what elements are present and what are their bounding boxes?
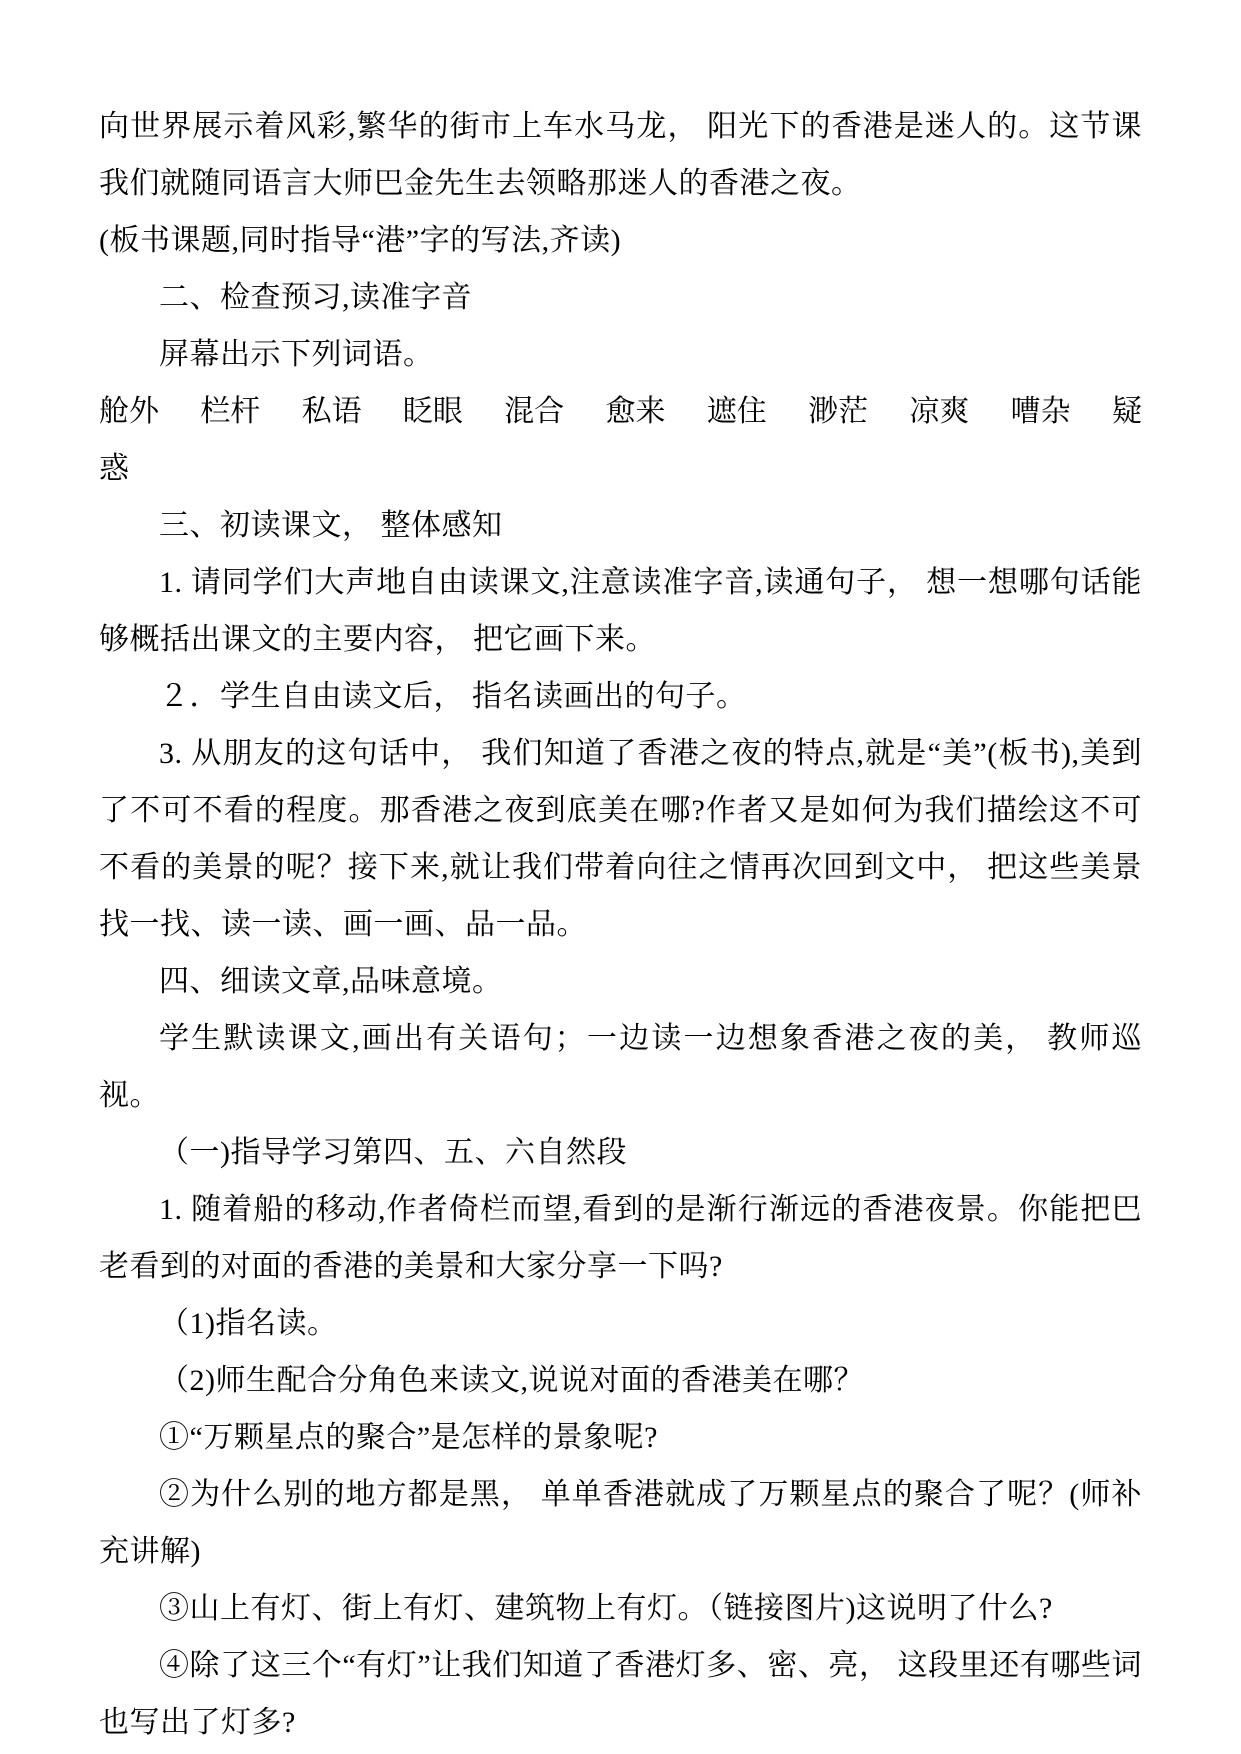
word-item: 遮住 (707, 383, 767, 440)
word-item: 疑 (1112, 383, 1142, 440)
word-item: 栏杆 (200, 383, 260, 440)
paragraph: 向世界展示着风彩,繁华的街市上车水马龙， 阳光下的香港是迷人的。这节课我们就随同… (99, 98, 1142, 212)
document-body: 向世界展示着风彩,繁华的街市上车水马龙， 阳光下的香港是迷人的。这节课我们就随同… (99, 98, 1142, 1751)
paragraph: （一)指导学习第四、五、六自然段 (99, 1124, 1142, 1181)
word-item: 嘈杂 (1011, 383, 1071, 440)
paragraph: 学生默读课文,画出有关语句；一边读一边想象香港之夜的美， 教师巡视。 (99, 1010, 1142, 1124)
paragraph: （2)师生配合分角色来读文,说说对面的香港美在哪？ (99, 1352, 1142, 1409)
paragraph: 1. 请同学们大声地自由读课文,注意读准字音,读通句子， 想一想哪句话能够概括出… (99, 554, 1142, 668)
paragraph: 1. 随着船的移动,作者倚栏而望,看到的是渐行渐远的香港夜景。你能把巴老看到的对… (99, 1181, 1142, 1295)
page: { "document": { "type": "lesson-plan-pag… (0, 0, 1241, 1754)
paragraph: （1)指名读。 (99, 1295, 1142, 1352)
paragraph: 屏幕出示下列词语。 (99, 326, 1142, 383)
document-page: 向世界展示着风彩,繁华的街市上车水马龙， 阳光下的香港是迷人的。这节课我们就随同… (0, 0, 1241, 1754)
word-list-row: 舱外栏杆私语眨眼混合愈来遮住渺茫凉爽嘈杂疑 (99, 383, 1142, 440)
word-item: 凉爽 (909, 383, 969, 440)
paragraph: 三、初读课文， 整体感知 (99, 497, 1142, 554)
word-item: 私语 (302, 383, 362, 440)
word-item: 愈来 (605, 383, 665, 440)
paragraph: ③山上有灯、街上有灯、建筑物上有灯。（链接图片)这说明了什么? (99, 1580, 1142, 1637)
paragraph: ②为什么别的地方都是黑， 单单香港就成了万颗星点的聚合了呢？(师补充讲解) (99, 1466, 1142, 1580)
word-item: 舱外 (99, 383, 159, 440)
paragraph: 惑 (99, 440, 1142, 497)
paragraph: 3. 从朋友的这句话中， 我们知道了香港之夜的特点,就是“美”(板书),美到了不… (99, 725, 1142, 953)
paragraph: ①“万颗星点的聚合”是怎样的景象呢? (99, 1409, 1142, 1466)
paragraph: 二、检查预习,读准字音 (99, 269, 1142, 326)
paragraph: 四、细读文章,品味意境。 (99, 953, 1142, 1010)
word-item: 眨眼 (403, 383, 463, 440)
paragraph: (板书课题,同时指导“港”字的写法,齐读) (99, 212, 1142, 269)
paragraph: ２．学生自由读文后， 指名读画出的句子。 (99, 668, 1142, 725)
word-item: 渺茫 (808, 383, 868, 440)
paragraph: ④除了这三个“有灯”让我们知道了香港灯多、密、亮， 这段里还有哪些词也写出了灯多… (99, 1637, 1142, 1751)
word-item: 混合 (504, 383, 564, 440)
